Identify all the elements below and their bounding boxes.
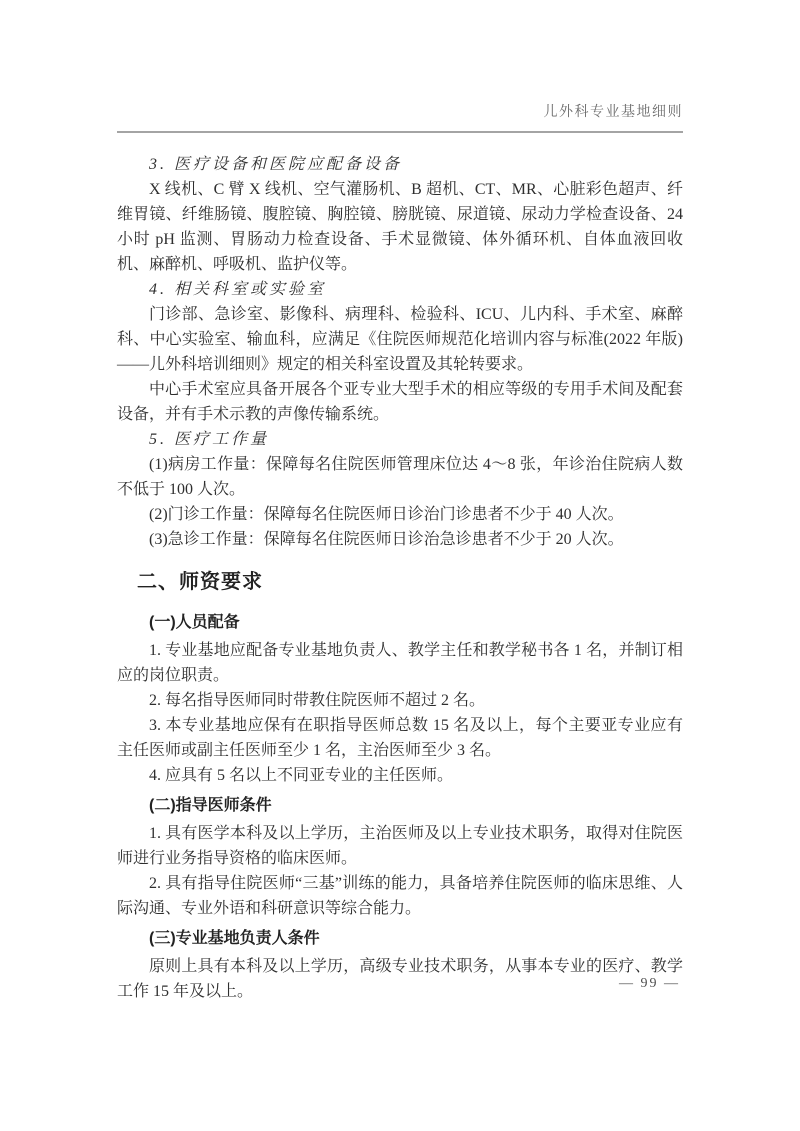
numbered-heading-4: 4. 相关科室或实验室 (117, 277, 683, 302)
paragraph-staffing-2: 2. 每名指导医师同时带教住院医师不超过 2 名。 (117, 688, 683, 713)
paragraph-staffing-1: 1. 专业基地应配备专业基地负责人、教学主任和教学秘书各 1 名，并制订相应的岗… (117, 638, 683, 688)
paragraph-emergency-workload: (3)急诊工作量：保障每名住院医师日诊治急诊患者不少于 20 人次。 (117, 527, 683, 552)
paragraph-departments: 门诊部、急诊室、影像科、病理科、检验科、ICU、儿内科、手术室、麻醉科、中心实验… (117, 302, 683, 377)
header-rule (117, 131, 683, 133)
sub-heading-base-director-conditions: (三)专业基地负责人条件 (117, 926, 683, 951)
sub-heading-staffing: (一)人员配备 (117, 610, 683, 635)
paragraph-outpatient-workload: (2)门诊工作量：保障每名住院医师日诊治门诊患者不少于 40 人次。 (117, 502, 683, 527)
numbered-heading-3: 3. 医疗设备和医院应配备设备 (117, 152, 683, 177)
paragraph-ward-workload: (1)病房工作量：保障每名住院医师管理床位达 4～8 张，年诊治住院病人数不低于… (117, 452, 683, 502)
document-body: 3. 医疗设备和医院应配备设备 X 线机、C 臂 X 线机、空气灌肠机、B 超机… (117, 152, 683, 1004)
paragraph-supervisor-1: 1. 具有医学本科及以上学历，主治医师及以上专业技术职务，取得对住院医师进行业务… (117, 821, 683, 871)
numbered-heading-5: 5. 医疗工作量 (117, 427, 683, 452)
paragraph-base-director: 原则上具有本科及以上学历，高级专业技术职务，从事本专业的医疗、教学工作 15 年… (117, 954, 683, 1004)
content-column: 儿外科专业基地细则 3. 医疗设备和医院应配备设备 X 线机、C 臂 X 线机、… (117, 104, 683, 1004)
page-number: — 99 — (619, 976, 680, 992)
paragraph-supervisor-2: 2. 具有指导住院医师“三基”训练的能力，具备培养住院医师的临床思维、人际沟通、… (117, 871, 683, 921)
paragraph-equipment-list: X 线机、C 臂 X 线机、空气灌肠机、B 超机、CT、MR、心脏彩色超声、纤维… (117, 177, 683, 277)
sub-heading-supervisor-conditions: (二)指导医师条件 (117, 793, 683, 818)
paragraph-operating-room: 中心手术室应具备开展各个亚专业大型手术的相应等级的专用手术间及配套设备，并有手术… (117, 377, 683, 427)
paragraph-staffing-4: 4. 应具有 5 名以上不同亚专业的主任医师。 (117, 763, 683, 788)
page-header-title: 儿外科专业基地细则 (117, 104, 683, 122)
document-page: 儿外科专业基地细则 3. 医疗设备和医院应配备设备 X 线机、C 臂 X 线机、… (0, 0, 800, 1131)
paragraph-staffing-3: 3. 本专业基地应保有在职指导医师总数 15 名及以上，每个主要亚专业应有主任医… (117, 713, 683, 763)
chapter-heading-faculty-requirements: 二、师资要求 (117, 567, 683, 597)
